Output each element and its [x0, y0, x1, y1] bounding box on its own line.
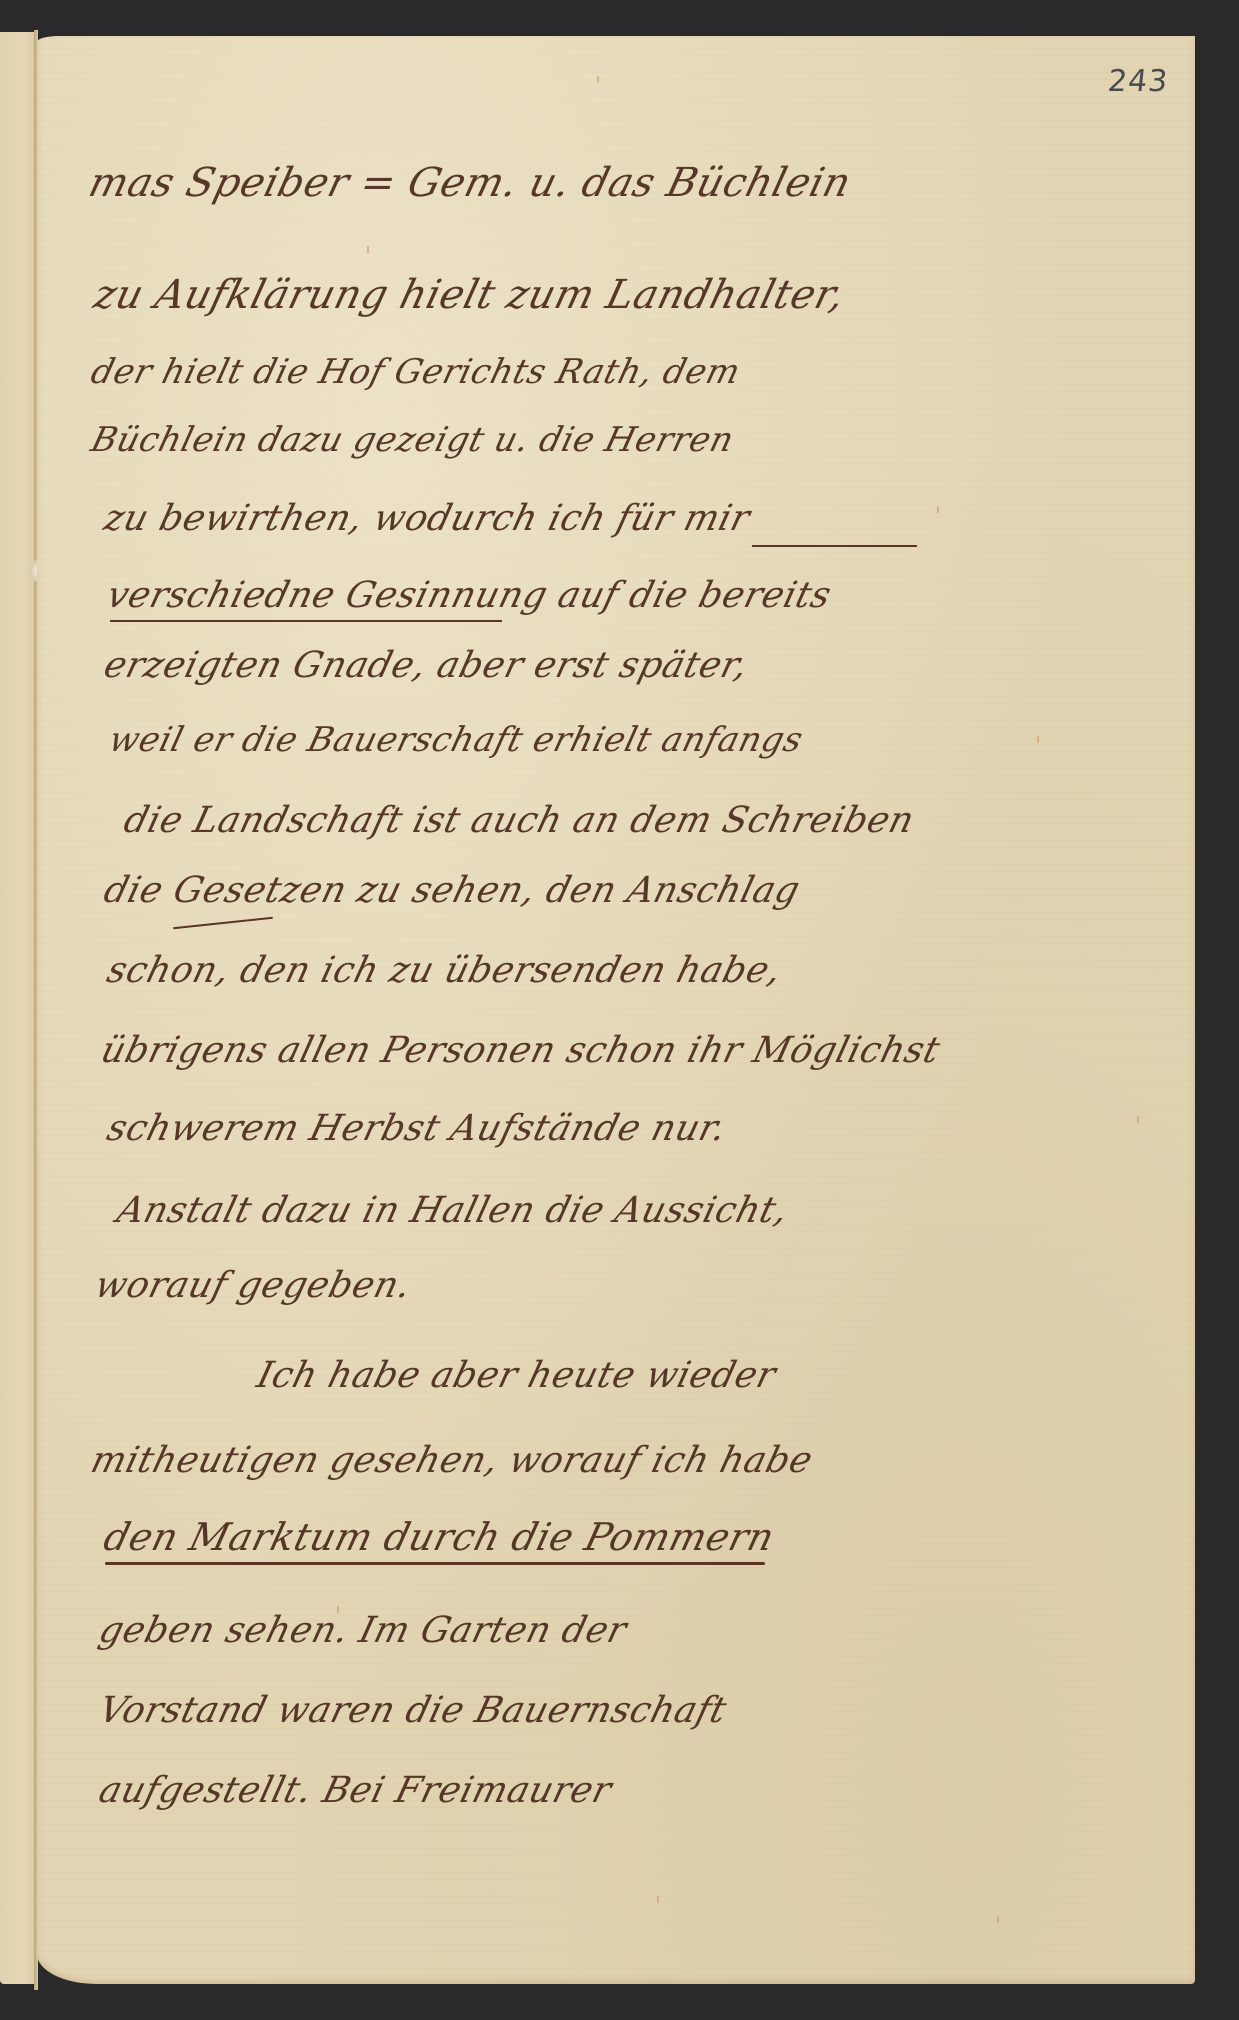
facing-page-edge — [0, 32, 38, 1984]
manuscript-line-2: zu Aufklärung hielt zum Landhalter, — [89, 272, 849, 318]
underline-mark — [752, 545, 917, 547]
manuscript-line-12: übrigens allen Personen schon ihr Möglic… — [97, 1030, 944, 1071]
manuscript-line-19: geben sehen. Im Garten der — [95, 1610, 631, 1651]
manuscript-line-5: zu bewirthen, wodurch ich für mir — [100, 498, 754, 539]
underline-mark — [110, 620, 502, 622]
manuscript-line-9: die Landschaft ist auch an dem Schreiben — [120, 800, 919, 841]
manuscript-line-4: Büchlein dazu gezeigt u. die Herren — [87, 420, 738, 460]
manuscript-line-15: worauf gegeben. — [91, 1265, 416, 1306]
manuscript-line-16: Ich habe aber heute wieder — [253, 1355, 780, 1396]
manuscript-line-1: mas Speiber = Gem. u. das Büchlein — [84, 160, 856, 206]
underline-mark — [105, 1562, 765, 1565]
manuscript-line-14: Anstalt dazu in Hallen die Aussicht, — [113, 1190, 793, 1231]
manuscript-line-17: mitheutigen gesehen, worauf ich habe — [87, 1440, 817, 1481]
manuscript-line-20: Vorstand waren die Bauernschaft — [95, 1690, 731, 1731]
manuscript-line-18: den Marktum durch die Pommern — [100, 1515, 779, 1559]
manuscript-line-8: weil er die Bauerschaft erhielt anfangs — [105, 720, 807, 760]
manuscript-line-5-text: zu bewirthen, wodurch ich für mir — [100, 498, 754, 539]
manuscript-line-10-text: die Gesetzen zu sehen, den Anschlag — [100, 870, 804, 911]
manuscript-line-7: erzeigten Gnade, aber erst später, — [100, 645, 752, 686]
manuscript-line-6: verschiedne Gesinnung auf die bereits — [103, 575, 836, 616]
manuscript-line-6-text: verschiedne Gesinnung auf die bereits — [103, 575, 836, 616]
manuscript-line-11: schon, den ich zu übersenden habe, — [103, 950, 786, 991]
folio-number: 243 — [1106, 64, 1170, 99]
manuscript-line-3: der hielt die Hof Gerichts Rath, dem — [87, 352, 744, 392]
manuscript-line-18-text: den Marktum durch die Pommern — [100, 1515, 779, 1559]
manuscript-line-10: die Gesetzen zu sehen, den Anschlag — [100, 870, 804, 911]
manuscript-line-13: schwerem Herbst Aufstände nur. — [103, 1108, 731, 1149]
manuscript-line-21: aufgestellt. Bei Freimaurer — [95, 1770, 616, 1811]
